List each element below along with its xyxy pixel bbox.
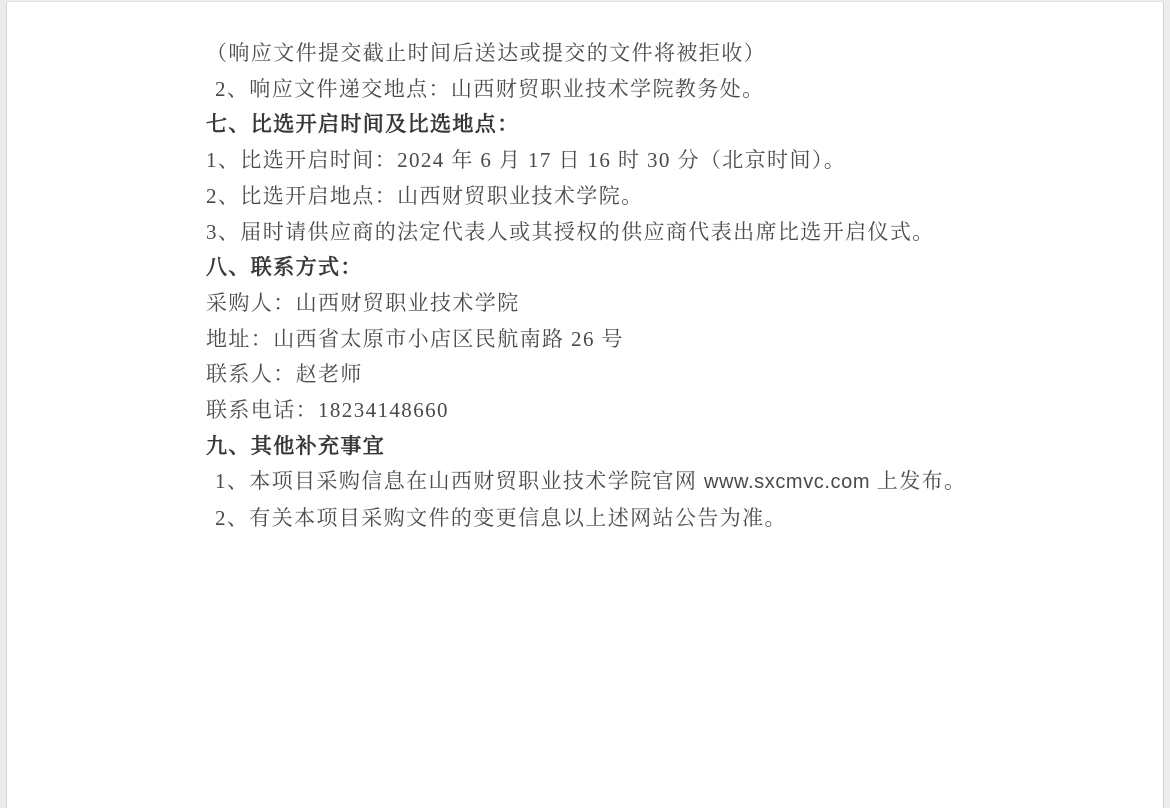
website-url: www.sxcmvc.com xyxy=(704,471,870,493)
section-heading: 九、其他补充事宜 xyxy=(206,429,1106,465)
document-line: 3、届时请供应商的法定代表人或其授权的供应商代表出席比选开启仪式。 xyxy=(206,215,1106,251)
document-line: 联系人：赵老师 xyxy=(206,357,1106,393)
document-page: （响应文件提交截止时间后送达或提交的文件将被拒收）2、响应文件递交地点：山西财贸… xyxy=(6,1,1164,808)
document-line: 2、有关本项目采购文件的变更信息以上述网站公告为准。 xyxy=(206,501,1106,537)
document-viewer: （响应文件提交截止时间后送达或提交的文件将被拒收）2、响应文件递交地点：山西财贸… xyxy=(0,0,1170,808)
document-body: （响应文件提交截止时间后送达或提交的文件将被拒收）2、响应文件递交地点：山西财贸… xyxy=(206,36,1106,537)
document-line: （响应文件提交截止时间后送达或提交的文件将被拒收） xyxy=(206,36,1106,72)
document-line: 采购人：山西财贸职业技术学院 xyxy=(206,286,1106,322)
document-line: 2、响应文件递交地点：山西财贸职业技术学院教务处。 xyxy=(206,72,1106,108)
section-heading: 八、联系方式： xyxy=(206,250,1106,286)
section-heading: 七、比选开启时间及比选地点： xyxy=(206,107,1106,143)
document-line: 联系电话：18234148660 xyxy=(206,393,1106,429)
document-line: 地址：山西省太原市小店区民航南路 26 号 xyxy=(206,322,1106,358)
document-line: 1、比选开启时间：2024 年 6 月 17 日 16 时 30 分（北京时间）… xyxy=(206,143,1106,179)
document-line: 2、比选开启地点：山西财贸职业技术学院。 xyxy=(206,179,1106,215)
document-line: 1、本项目采购信息在山西财贸职业技术学院官网 www.sxcmvc.com 上发… xyxy=(206,464,1106,501)
